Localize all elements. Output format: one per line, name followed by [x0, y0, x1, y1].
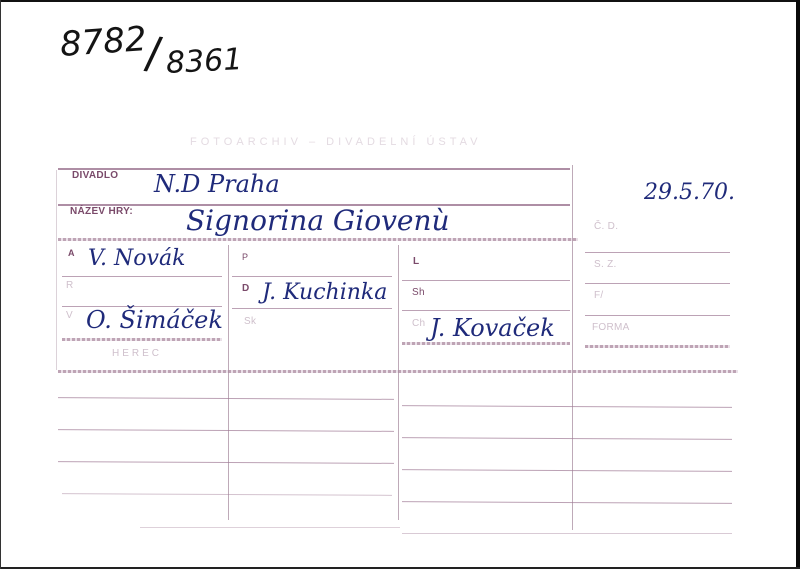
credit-label-sk: Sk [244, 316, 256, 327]
divider [402, 310, 570, 311]
credit-label-author: A [68, 248, 75, 258]
divider [402, 437, 732, 440]
credit-value-author: V. Novák [88, 246, 185, 271]
side-label-cd: Č. D. [594, 221, 618, 232]
divider [228, 245, 229, 520]
credit-value-choreography: J. Kovaček [430, 314, 555, 342]
divider [585, 252, 730, 253]
credit-label-sh: Sh [412, 287, 425, 298]
divider [402, 469, 732, 472]
archive-stamp-header: FOTOARCHIV – DIVADELNÍ ÚSTAV [190, 136, 482, 148]
credit-label-actor: HEREC [112, 348, 162, 359]
theatre-value: N.D Praha [154, 170, 280, 198]
divider [585, 345, 730, 348]
divider [402, 533, 732, 534]
credit-value-v: O. Šimáček [86, 306, 223, 334]
inventory-number: 8782 [59, 19, 148, 65]
divider [402, 342, 570, 345]
theatre-label: DIVADLO [72, 170, 118, 181]
credit-label-choreography: Ch [412, 318, 425, 329]
divider [62, 276, 222, 277]
divider [585, 315, 730, 316]
divider [402, 280, 570, 281]
divider [402, 405, 732, 408]
divider [58, 397, 394, 400]
divider [585, 283, 730, 284]
play-title-value: Signorina Giovenù [186, 204, 450, 237]
credit-label-p: P [242, 252, 248, 262]
divider [62, 338, 222, 341]
scan-border-right [796, 0, 800, 569]
credit-label-v: V [66, 310, 73, 321]
divider [56, 170, 57, 370]
divider [62, 493, 392, 496]
side-label-f: F/ [594, 290, 604, 301]
credit-label-l: L [413, 256, 419, 267]
credit-label-dramaturg: D [242, 283, 250, 294]
inventory-number-secondary: 8361 [165, 42, 243, 81]
side-label-form: FORMA [592, 322, 630, 333]
divider [232, 276, 392, 277]
divider [572, 245, 573, 530]
divider [58, 238, 578, 241]
divider [58, 461, 394, 464]
divider [140, 527, 400, 528]
play-title-label: NÁZEV HRY: [70, 206, 133, 217]
divider [572, 165, 573, 245]
date-value: 29.5.70. [644, 180, 735, 205]
credit-label-director: R [66, 280, 74, 291]
scan-border-top [0, 0, 800, 2]
credit-value-dramaturg: J. Kuchinka [262, 280, 387, 305]
scan-border-left [0, 0, 1, 569]
divider [232, 308, 392, 309]
side-label-sz: S. Z. [594, 259, 617, 270]
divider [398, 245, 399, 520]
divider [58, 168, 570, 170]
divider [58, 429, 394, 432]
divider [402, 501, 732, 504]
